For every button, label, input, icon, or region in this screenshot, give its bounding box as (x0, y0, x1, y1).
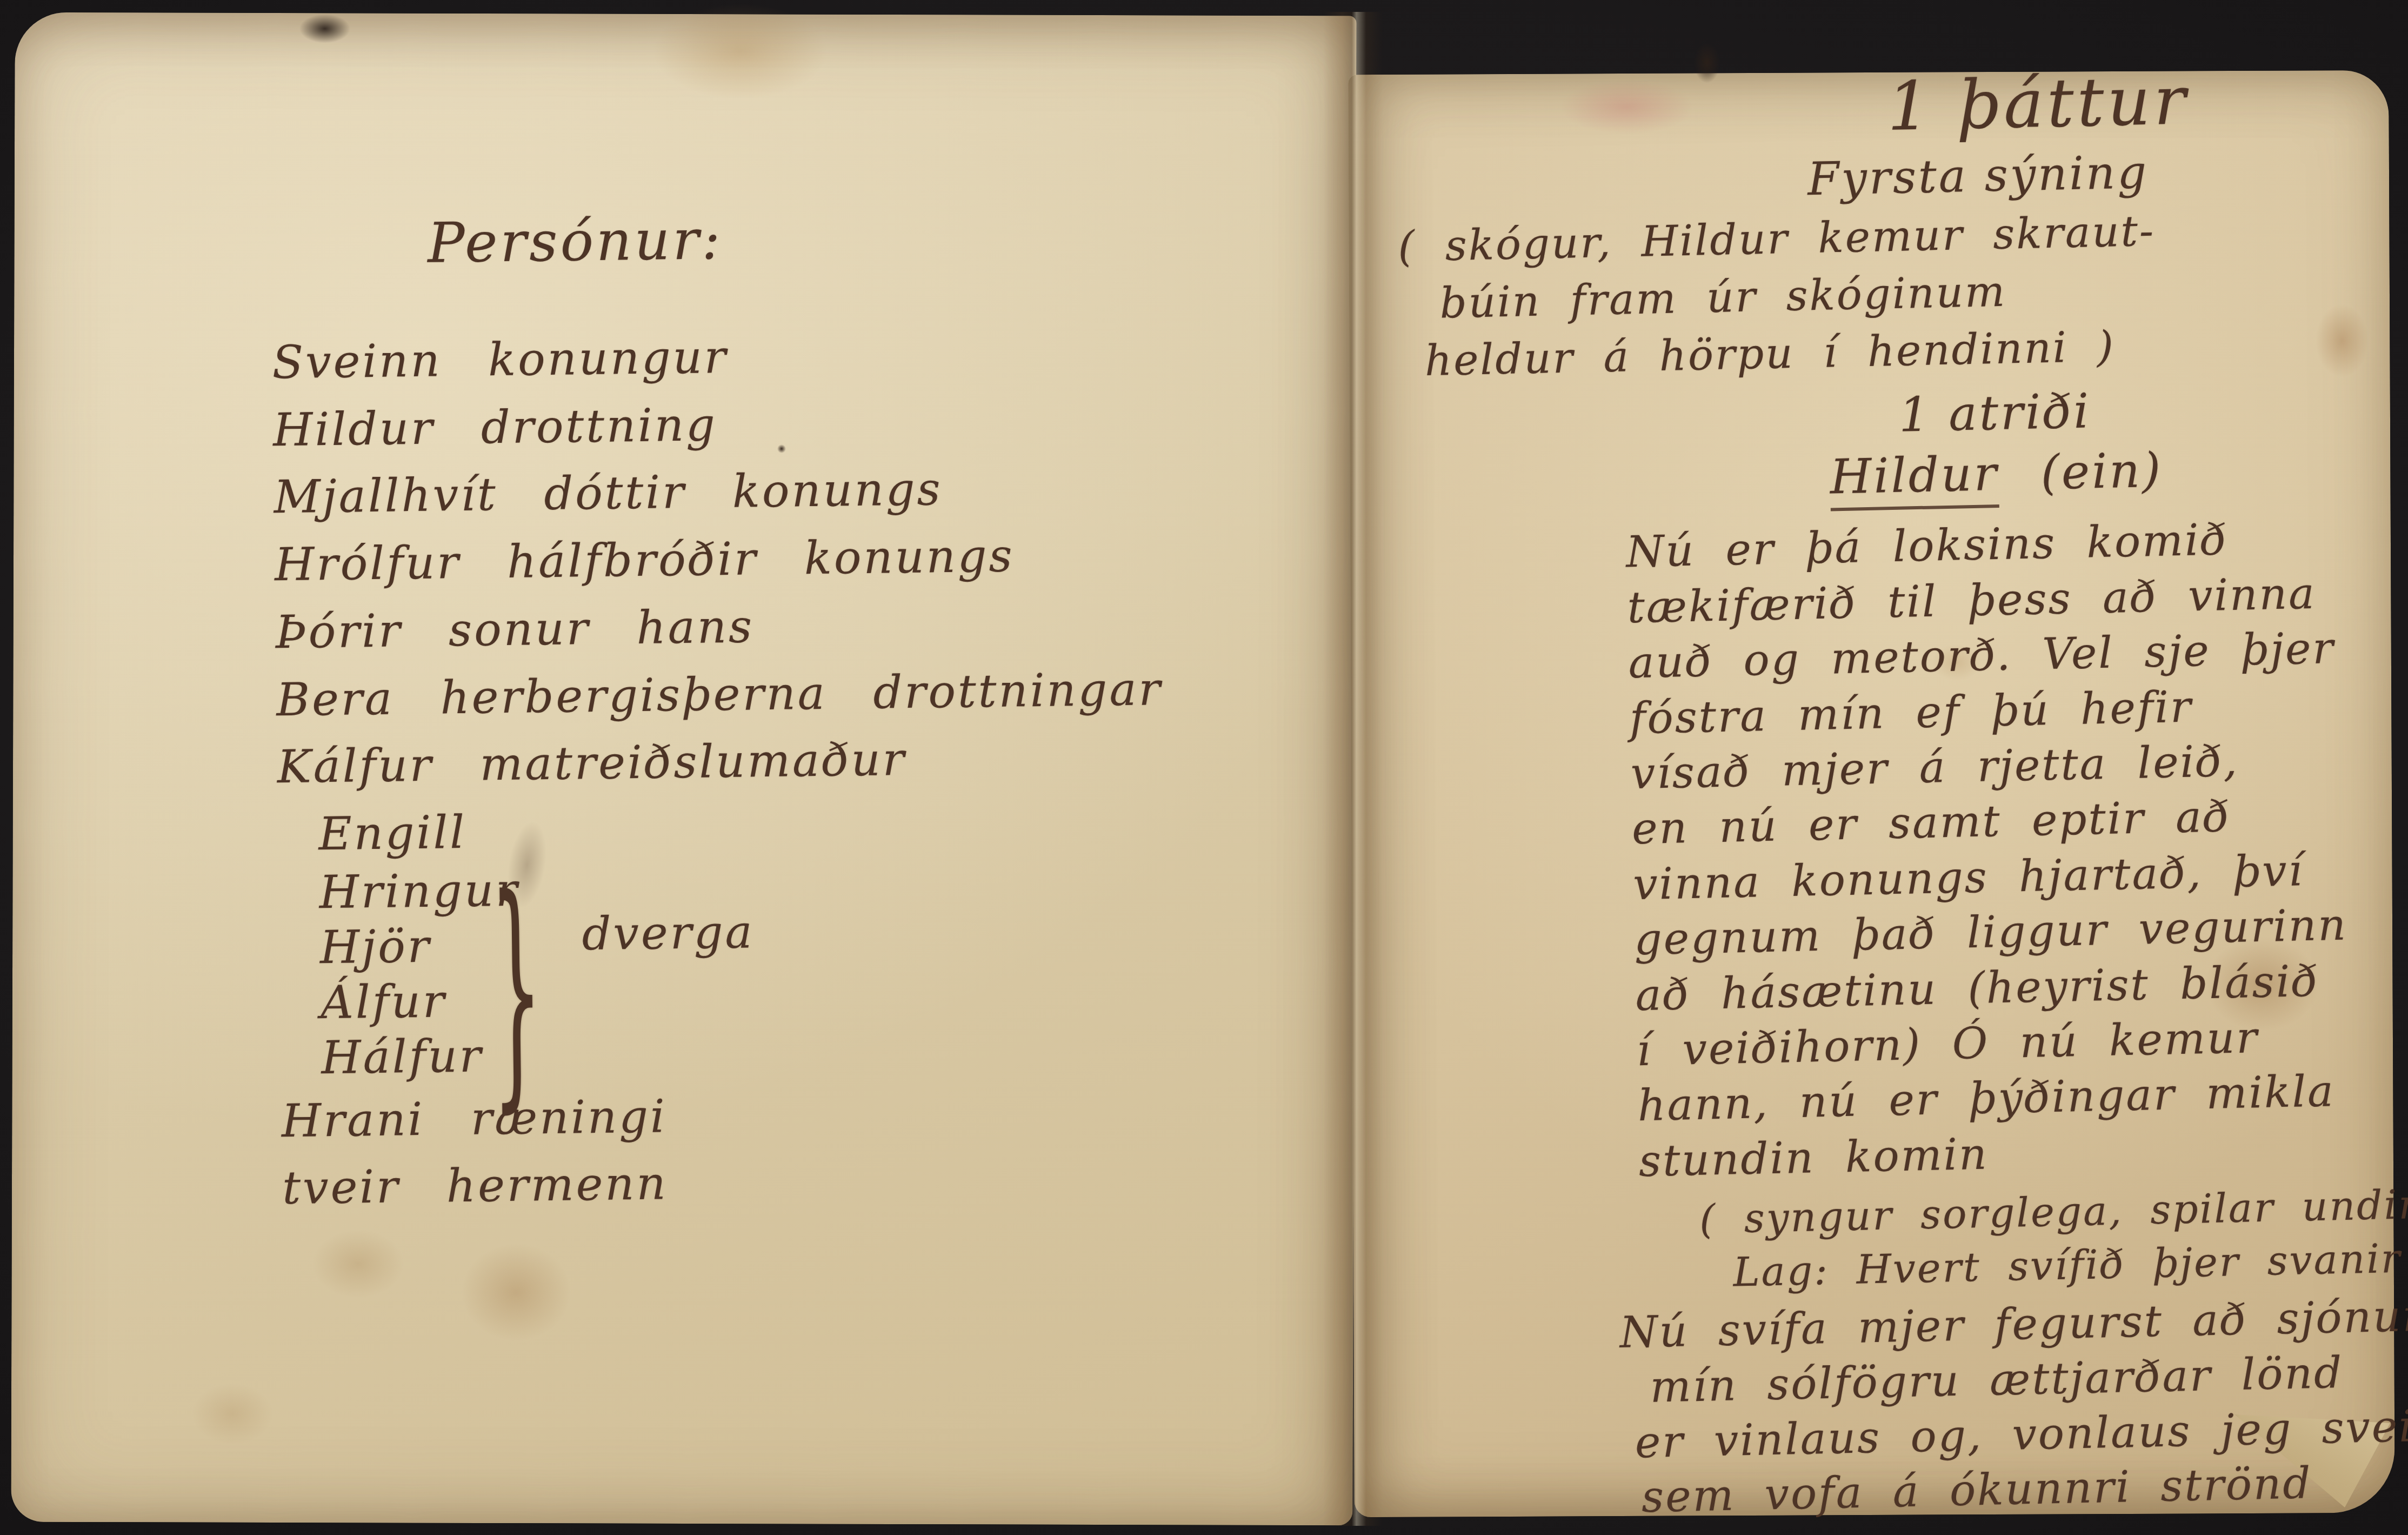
character-entry: Hrólfur hálfbróðir konungs (275, 528, 1329, 590)
character-list-heading: Persónur: (427, 200, 1325, 275)
character-entry: Bera herbergisþerna drottningar (276, 662, 1331, 725)
act-one-page: 1 þáttur Fyrsta sýning ( skógur, Hildur … (1373, 57, 2408, 1530)
speaker-note: (ein) (2040, 442, 2164, 501)
character-list: Persónur: Sveinn konungur Hildur drottni… (16, 185, 1337, 1234)
group-brace: } (489, 847, 544, 1135)
dwarf-character-group: Hringur Hjör Álfur Hálfur } dverga (24, 856, 1335, 1085)
character-entry: tveir hermenn (282, 1151, 1337, 1213)
character-entry: Hálfur (321, 1022, 1335, 1082)
scene-number: 1 atriði (1898, 378, 2407, 442)
character-entry: Þórir sonur hans (275, 595, 1330, 657)
character-entry: Kálfur matreiðslumaður (277, 730, 1331, 792)
character-entry: Mjallhvít dóttir konungs (274, 460, 1328, 522)
character-entry: Álfur (321, 966, 1335, 1026)
dwarf-group-label: dverga (582, 905, 755, 960)
character-entry: Hrani ræningi (281, 1084, 1336, 1146)
act-heading: 1 þáttur (1886, 61, 2402, 144)
book-spine-fold (1323, 12, 1383, 1526)
speaker-line: Hildur (ein) (1830, 437, 2408, 504)
character-entry: Sveinn konungur (272, 325, 1326, 387)
scene-heading: Fyrsta sýning (1807, 141, 2403, 205)
character-entry: Hjör (319, 911, 1333, 971)
speaker-name: Hildur (1830, 446, 1999, 511)
character-entry: Hringur (319, 856, 1333, 916)
character-entry: Engill (318, 797, 1332, 859)
manuscript-scan: Persónur: Sveinn konungur Hildur drottni… (0, 0, 2408, 1535)
character-entry: Hildur drottning (273, 393, 1328, 455)
